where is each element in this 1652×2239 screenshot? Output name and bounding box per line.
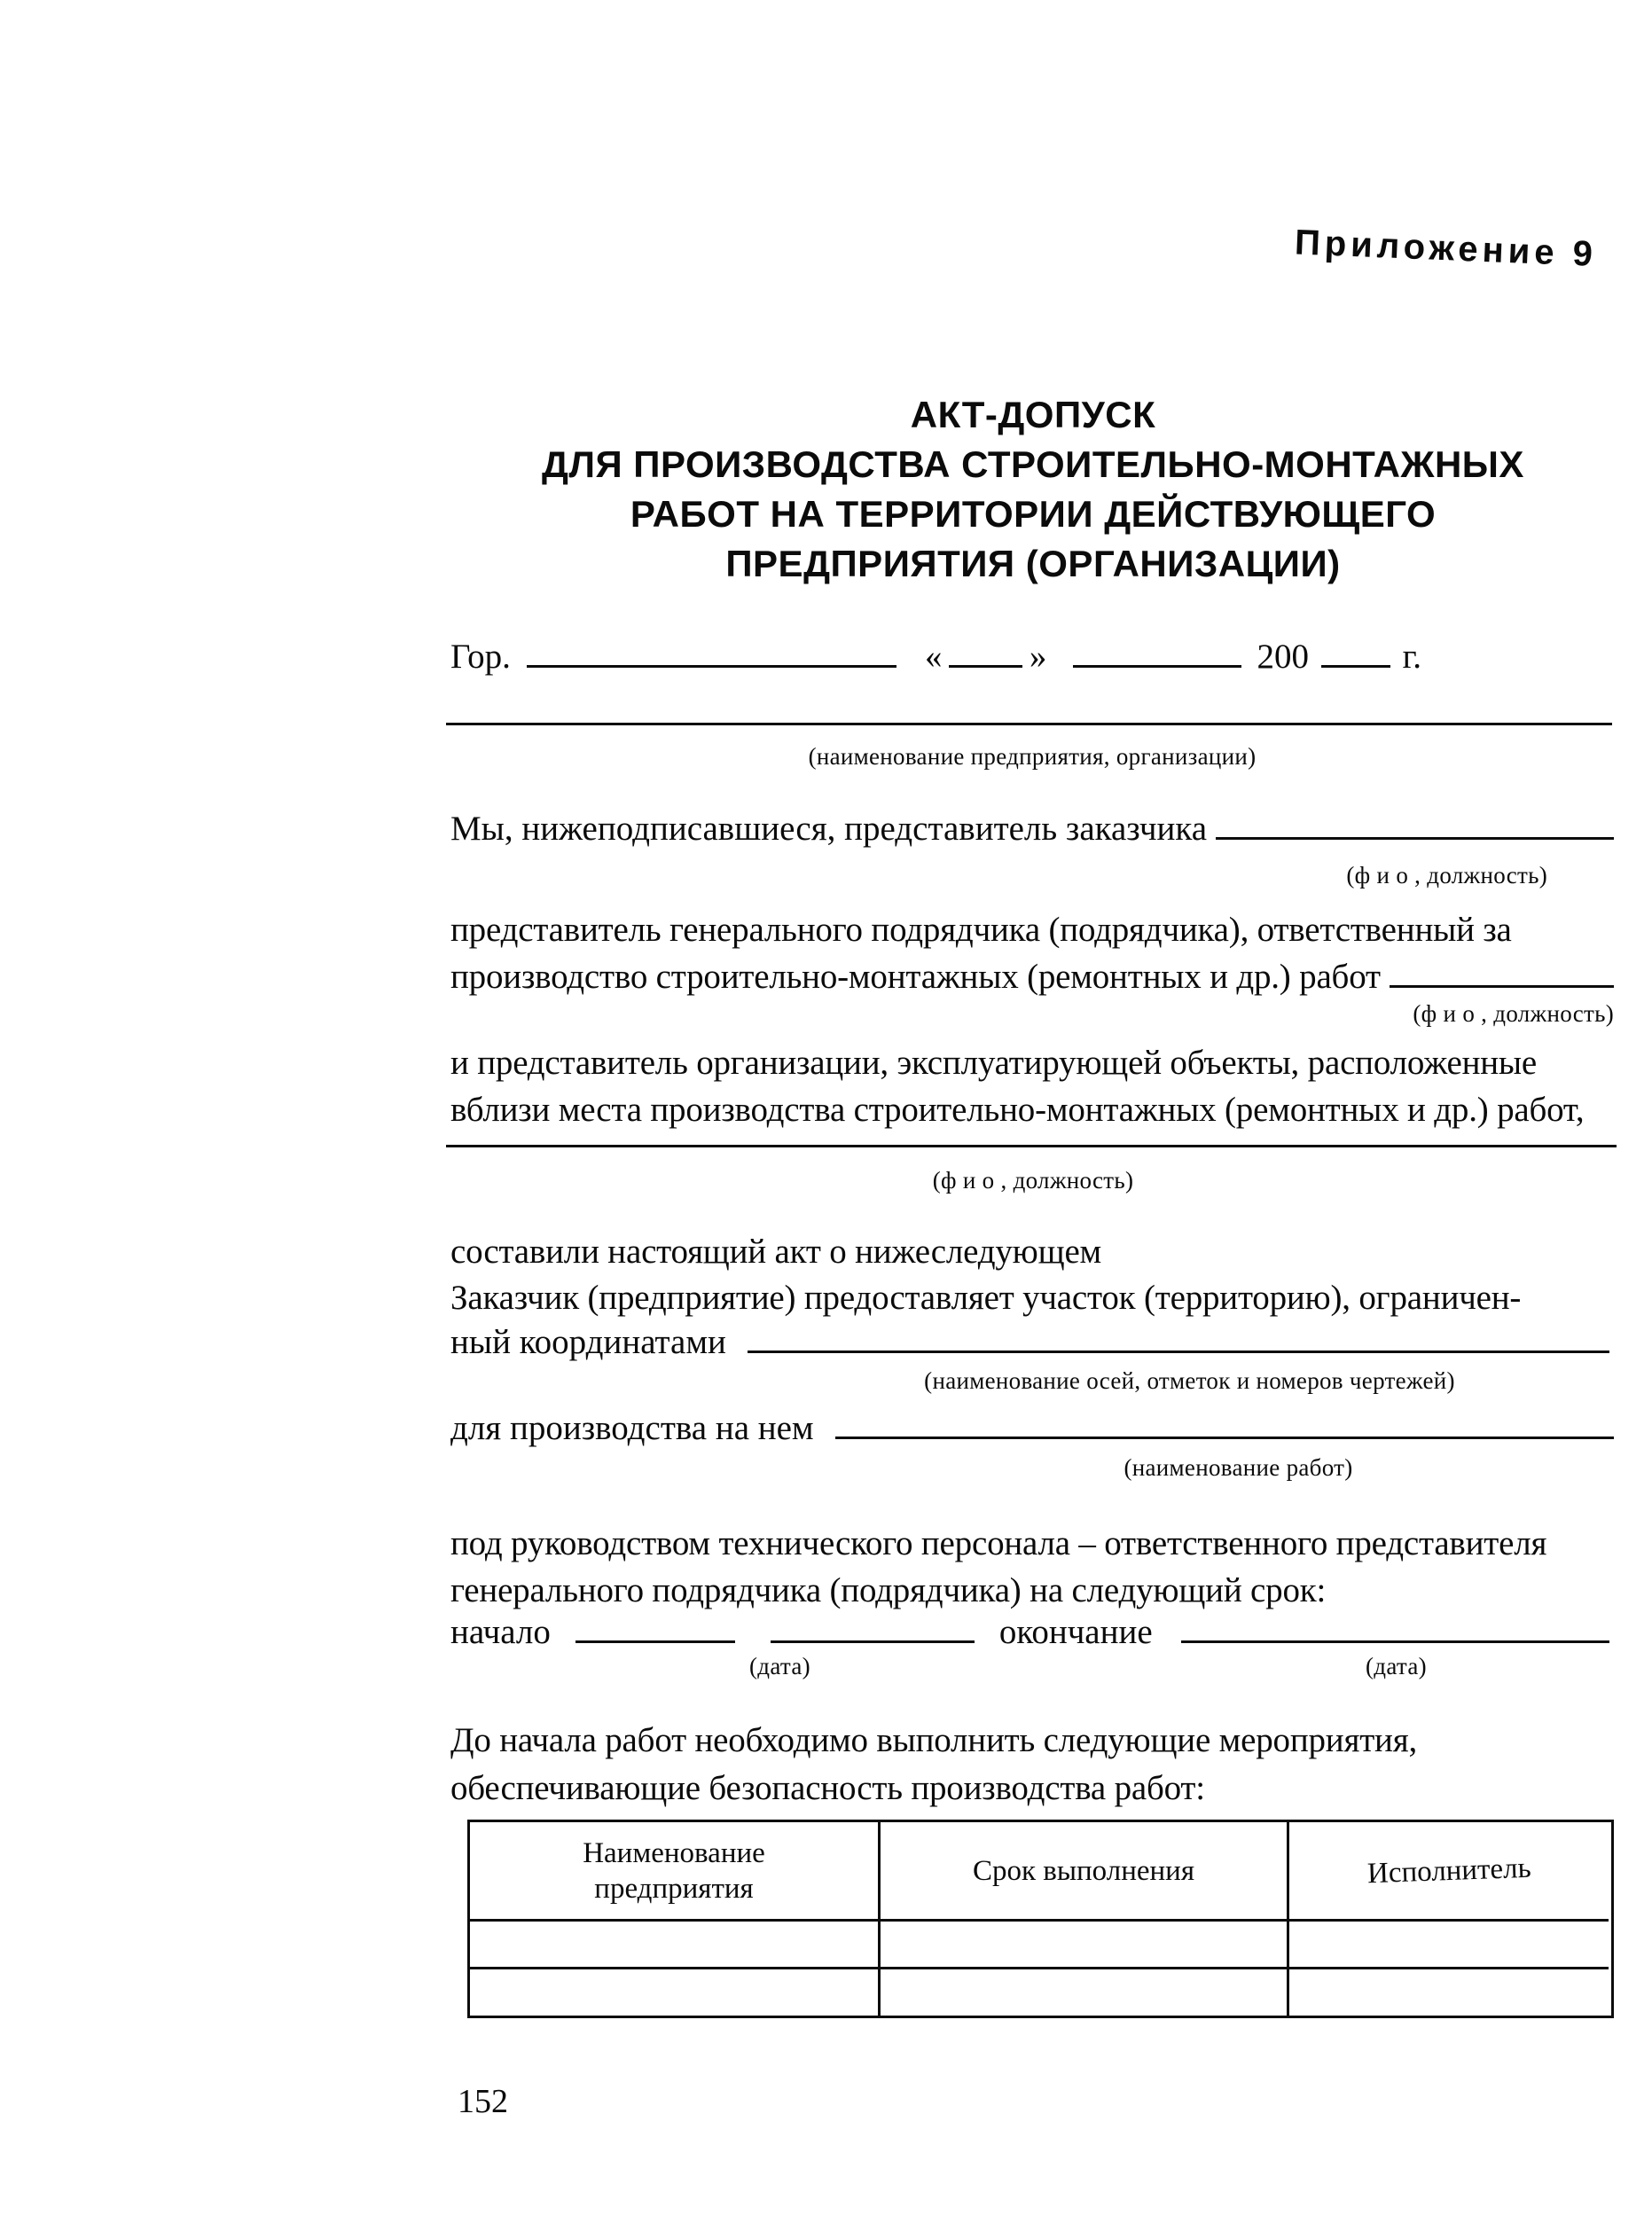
table-row-1-cell-3 xyxy=(1289,1922,1609,1969)
paragraph-supervision-line-2: генерального подрядчика (подрядчика) на … xyxy=(450,1567,1614,1614)
fio-caption-2: (ф и о , должность) xyxy=(452,1000,1614,1028)
paragraph-act-statement: составили настоящий акт о нижеследующем xyxy=(450,1228,1101,1275)
year-prefix: 200 xyxy=(1257,639,1310,674)
title-line-1: АКТ-ДОПУСК xyxy=(452,390,1614,440)
paragraph-contractor: представитель генерального подрядчика (п… xyxy=(450,906,1614,1000)
end-date-blank-line xyxy=(1181,1609,1609,1643)
table-row-2-cell-3 xyxy=(1289,1969,1609,2016)
paragraph-organization-line-2: вблизи места производства строительно-мо… xyxy=(450,1086,1614,1133)
date-caption-end: (дата) xyxy=(1366,1653,1427,1680)
table-row-2-cell-1 xyxy=(470,1969,881,2016)
paragraph-supervision-line-1: под руководством технического персонала … xyxy=(450,1520,1614,1567)
quote-open: « xyxy=(925,639,943,674)
table-header-measure: Наименование предприятия xyxy=(470,1822,881,1922)
table-row-2-cell-2 xyxy=(881,1969,1289,2016)
year-blank-line xyxy=(1321,633,1390,668)
works-blank-line xyxy=(835,1405,1614,1439)
coordinates-blank-line xyxy=(748,1319,1609,1353)
paragraph-supervision: под руководством технического персонала … xyxy=(450,1520,1614,1614)
quote-close: » xyxy=(1030,639,1047,674)
table-row-1-cell-1 xyxy=(470,1922,881,1969)
paragraph-measures: До начала работ необходимо выполнить сле… xyxy=(450,1717,1614,1812)
date-caption-start: (дата) xyxy=(749,1653,810,1680)
paragraph-site-line-1: Заказчик (предприятие) предоставляет уча… xyxy=(450,1274,1614,1321)
org-name-caption: (наименование предприятия, организации) xyxy=(452,743,1612,771)
table-header-executor: Исполнитель xyxy=(1289,1822,1609,1922)
paragraph-measures-line-2: обеспечивающие безопасность производства… xyxy=(450,1765,1614,1812)
city-label: Гор. xyxy=(450,639,511,674)
paragraph-organization: и представитель организации, эксплуатиру… xyxy=(450,1039,1614,1133)
paragraph-measures-line-1: До начала работ необходимо выполнить сле… xyxy=(450,1717,1614,1765)
axes-caption: (наименование осей, отметок и номеров че… xyxy=(771,1367,1608,1395)
paragraph-site-line-2: ный координатами xyxy=(450,1319,1609,1359)
city-blank-line xyxy=(527,633,896,668)
paragraph-works: для производства на нем xyxy=(450,1405,1614,1445)
start-date-blank-line-1 xyxy=(575,1609,735,1643)
paragraph-customer-text: Мы, нижеподписавшиеся, представитель зак… xyxy=(450,811,1207,846)
title-line-2: ДЛЯ ПРОИЗВОДСТВА СТРОИТЕЛЬНО-МОНТАЖНЫХ xyxy=(452,440,1614,489)
table-row-1-cell-2 xyxy=(881,1922,1289,1969)
table-header-deadline: Срок выполнения xyxy=(881,1822,1289,1922)
paragraph-contractor-line-2: производство строительно-монтажных (ремо… xyxy=(450,953,1381,1000)
fio-caption-3: (ф и о , должность) xyxy=(452,1167,1614,1194)
contractor-fio-blank-line xyxy=(1390,953,1614,988)
document-title: АКТ-ДОПУСК ДЛЯ ПРОИЗВОДСТВА СТРОИТЕЛЬНО-… xyxy=(452,390,1614,589)
coordinates-label: ный координатами xyxy=(450,1325,726,1359)
end-label: окончание xyxy=(999,1615,1153,1649)
title-line-3: РАБОТ НА ТЕРРИТОРИИ ДЕЙСТВУЮЩЕГО xyxy=(452,489,1614,539)
fio-caption-1: (ф и о , должность) xyxy=(452,862,1614,889)
paragraph-organization-line-1: и представитель организации, эксплуатиру… xyxy=(450,1039,1614,1086)
document-page: Приложение 9 АКТ-ДОПУСК ДЛЯ ПРОИЗВОДСТВА… xyxy=(0,0,1652,2239)
appendix-label: Приложение 9 xyxy=(1294,223,1598,275)
works-caption: (наименование работ) xyxy=(931,1454,1546,1482)
measures-table: Наименование предприятия Срок выполнения… xyxy=(467,1820,1614,2018)
customer-fio-blank-line xyxy=(1216,805,1614,840)
day-blank-line xyxy=(949,633,1022,668)
month-blank-line xyxy=(1073,633,1241,668)
start-date-blank-line-2 xyxy=(771,1609,975,1643)
term-row: начало окончание xyxy=(450,1609,1609,1649)
org-name-blank-line xyxy=(446,723,1612,725)
title-line-4: ПРЕДПРИЯТИЯ (ОРГАНИЗАЦИИ) xyxy=(452,539,1614,589)
start-label: начало xyxy=(450,1615,551,1649)
year-suffix: г. xyxy=(1403,639,1421,674)
table-header-executor-text: Исполнитель xyxy=(1366,1850,1531,1891)
page-number: 152 xyxy=(458,2082,508,2121)
organization-fio-blank-line xyxy=(446,1145,1617,1147)
paragraph-customer: Мы, нижеподписавшиеся, представитель зак… xyxy=(450,805,1614,846)
works-label: для производства на нем xyxy=(450,1411,814,1445)
city-date-row: Гор. « » 200 г. xyxy=(450,633,1421,674)
paragraph-contractor-line-1: представитель генерального подрядчика (п… xyxy=(450,906,1614,953)
